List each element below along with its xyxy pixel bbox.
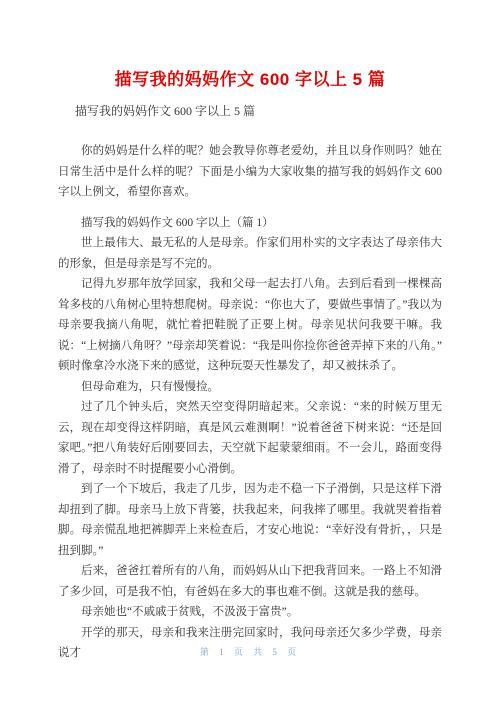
paragraph: 母亲她也“不戚戚于贫贱，不汲汲于富贵”。 [58,602,442,623]
document-title: 描写我的妈妈作文 600 字以上 5 篇 [0,0,500,90]
paragraph: 过了几个钟头后，突然天空变得阴暗起来。父亲说：“来的时候万里无云，现在却变得这样… [58,397,442,479]
page-number-footer: 第 1 页 共 5 页 [0,645,500,658]
paragraph: 记得九岁那年放学回家，我和父母一起去打八角。去到后看到一棵棵高耸多枝的八角树心里… [58,274,442,377]
document-page: 描写我的妈妈作文 600 字以上 5 篇 描写我的妈妈作文 600 字以上 5 … [0,0,500,707]
paragraph: 世上最伟大、最无私的人是母亲。作家们用朴实的文字表达了母亲伟大的形象，但是母亲是… [58,233,442,274]
intro-paragraph: 你的妈妈是什么样的呢？她会教导你尊老爱幼，并且以身作则吗？她在日常生活中是什么样… [58,141,442,203]
document-subtitle: 描写我的妈妈作文 600 字以上 5 篇 [58,103,442,120]
paragraph: 但母命难为，只有慢慢捡。 [58,377,442,398]
section-heading-part-1: 描写我的妈妈作文 600 字以上（篇 1） [58,213,442,234]
paragraph: 到了一个下坡后，我走了几步，因为走不稳一下子滑倒，只是这样下滑却扭到了脚。母亲马… [58,479,442,561]
document-body: 你的妈妈是什么样的呢？她会教导你尊老爱幼，并且以身作则吗？她在日常生活中是什么样… [58,141,442,664]
paragraph: 后来，爸爸扛着所有的八角，而妈妈从山下把我背回来。一路上不知滑了多少回，可是我不… [58,561,442,602]
